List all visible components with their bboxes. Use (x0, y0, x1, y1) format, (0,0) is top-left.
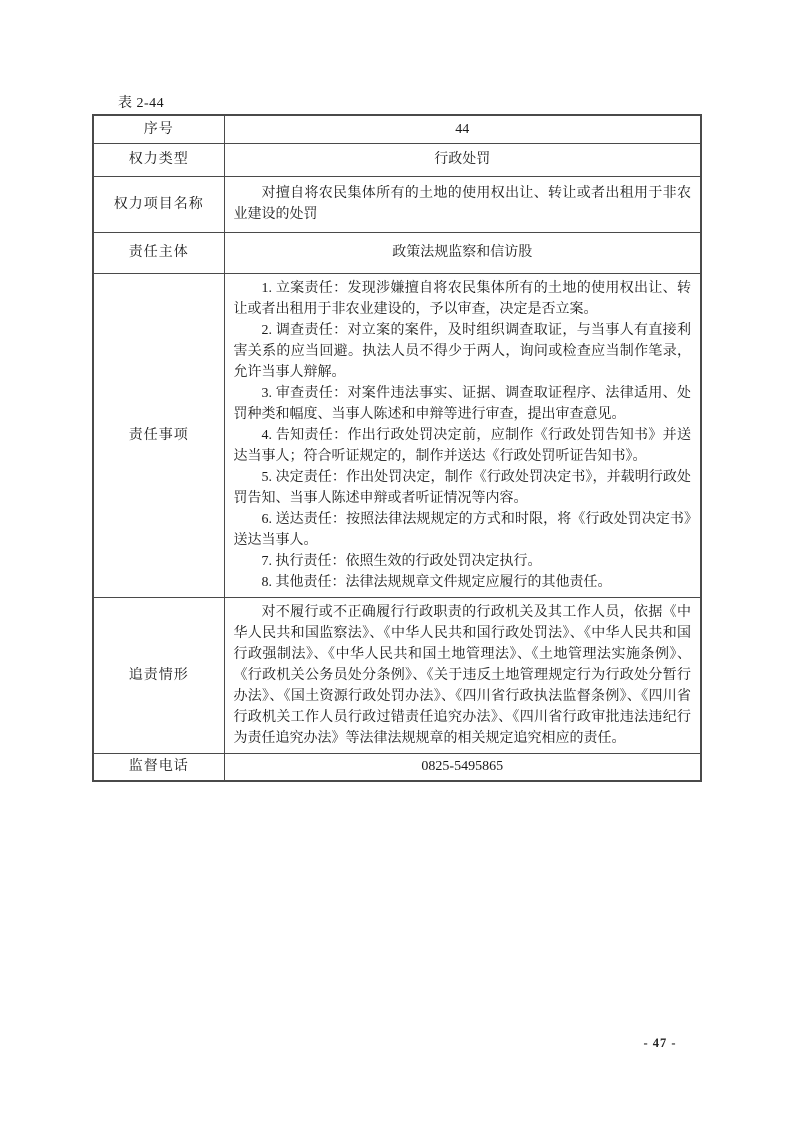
row-value-zhuize-qingxing: 对不履行或不正确履行行政职责的行政机关及其工作人员，依据《中华人民共和国监察法》… (224, 597, 701, 753)
row-value-zeren-shixiang: 1. 立案责任：发现涉嫌擅自将农民集体所有的土地的使用权出让、转让或者出租用于非… (224, 273, 701, 597)
project-name-paragraph: 对擅自将农民集体所有的土地的使用权出让、转让或者出租用于非农业建设的处罚 (234, 183, 692, 225)
row-value-xiangmu-mingcheng: 对擅自将农民集体所有的土地的使用权出让、转让或者出租用于非农业建设的处罚 (224, 176, 701, 232)
row-label-xuhao: 序号 (93, 115, 224, 143)
row-label-quanli-leixing: 权力类型 (93, 143, 224, 176)
row-value-zeren-zhuti: 政策法规监察和信访股 (224, 232, 701, 273)
row-label-xiangmu-mingcheng: 权力项目名称 (93, 176, 224, 232)
row-label-zeren-shixiang: 责任事项 (93, 273, 224, 597)
page-number: - 47 - (560, 1036, 760, 1051)
duty-item-5: 5. 决定责任：作出处罚决定，制作《行政处罚决定书》，并载明行政处罚告知、当事人… (234, 467, 692, 509)
row-value-xuhao: 44 (224, 115, 701, 143)
table-row-zeren-shixiang: 责任事项 1. 立案责任：发现涉嫌擅自将农民集体所有的土地的使用权出让、转让或者… (93, 273, 701, 597)
document-page: 表 2-44 序号 44 权力类型 行政处罚 权力项目名称 对擅自将农民集体所有… (0, 0, 793, 1122)
table-row-xiangmu-mingcheng: 权力项目名称 对擅自将农民集体所有的土地的使用权出让、转让或者出租用于非农业建设… (93, 176, 701, 232)
row-value-jiandu-dianhua: 0825-5495865 (224, 753, 701, 781)
table-row-zeren-zhuti: 责任主体 政策法规监察和信访股 (93, 232, 701, 273)
table-row-zhuize-qingxing: 追责情形 对不履行或不正确履行行政职责的行政机关及其工作人员，依据《中华人民共和… (93, 597, 701, 753)
row-value-quanli-leixing: 行政处罚 (224, 143, 701, 176)
duty-item-2: 2. 调查责任：对立案的案件，及时组织调查取证，与当事人有直接利害关系的应当回避… (234, 320, 692, 383)
row-label-zeren-zhuti: 责任主体 (93, 232, 224, 273)
accountability-paragraph: 对不履行或不正确履行行政职责的行政机关及其工作人员，依据《中华人民共和国监察法》… (234, 602, 692, 749)
table-row-quanli-leixing: 权力类型 行政处罚 (93, 143, 701, 176)
table-caption: 表 2-44 (118, 92, 164, 112)
duty-item-3: 3. 审查责任：对案件违法事实、证据、调查取证程序、法律适用、处罚种类和幅度、当… (234, 383, 692, 425)
table-row-xuhao: 序号 44 (93, 115, 701, 143)
duty-item-6: 6. 送达责任：按照法律法规规定的方式和时限，将《行政处罚决定书》送达当事人。 (234, 509, 692, 551)
power-item-table: 序号 44 权力类型 行政处罚 权力项目名称 对擅自将农民集体所有的土地的使用权… (92, 114, 702, 782)
duty-item-4: 4. 告知责任：作出行政处罚决定前，应制作《行政处罚告知书》并送达当事人；符合听… (234, 425, 692, 467)
row-label-jiandu-dianhua: 监督电话 (93, 753, 224, 781)
duty-item-8: 8. 其他责任：法律法规规章文件规定应履行的其他责任。 (234, 572, 692, 593)
duty-item-7: 7. 执行责任：依照生效的行政处罚决定执行。 (234, 551, 692, 572)
duty-item-1: 1. 立案责任：发现涉嫌擅自将农民集体所有的土地的使用权出让、转让或者出租用于非… (234, 278, 692, 320)
row-label-zhuize-qingxing: 追责情形 (93, 597, 224, 753)
table-row-jiandu-dianhua: 监督电话 0825-5495865 (93, 753, 701, 781)
